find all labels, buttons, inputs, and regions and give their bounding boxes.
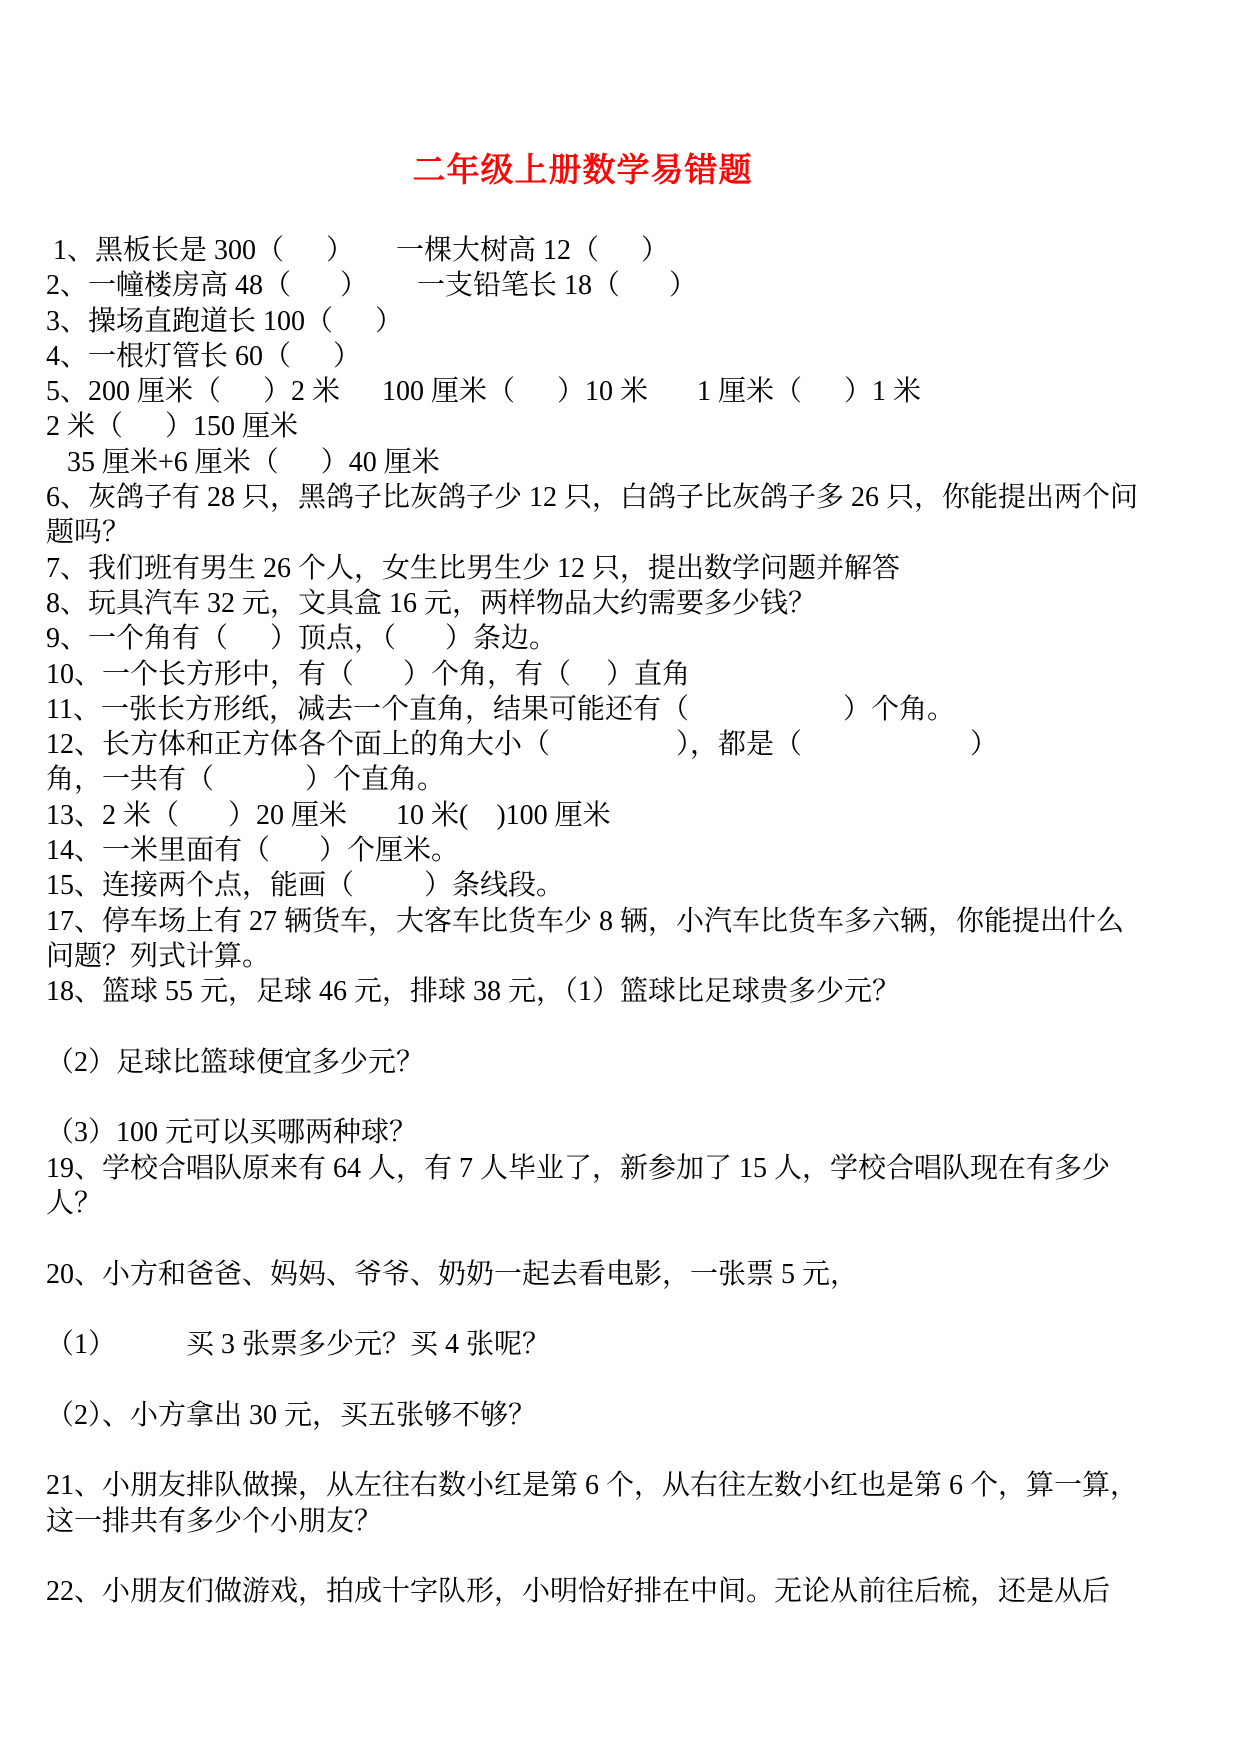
text-line: （2）足球比篮球便宜多少元？ [46,1045,1199,1080]
text-line: 14、一米里面有（ ）个厘米。 [46,833,1199,868]
text-line: 问题？列式计算。 [46,939,1199,974]
text-line: 18、篮球 55 元，足球 46 元，排球 38 元，（1）篮球比足球贵多少元？ [46,974,1199,1009]
text-line: 2 米（ ）150 厘米 [46,409,1199,444]
text-line: 8、玩具汽车 32 元，文具盒 16 元，两样物品大约需要多少钱？ [46,586,1199,621]
text-line: 7、我们班有男生 26 个人，女生比男生少 12 只，提出数学问题并解答 [46,551,1199,586]
text-line: 20、小方和爸爸、妈妈、爷爷、奶奶一起去看电影，一张票 5 元， [46,1257,1199,1292]
text-line: 11、一张长方形纸，减去一个直角，结果可能还有（ ）个角。 [46,692,1199,727]
text-line: 4、一根灯管长 60（ ） [46,339,1199,374]
text-line [46,1363,1199,1398]
text-line: 角，一共有（ ）个直角。 [46,762,1199,797]
text-line: 17、停车场上有 27 辆货车，大客车比货车少 8 辆，小汽车比货车多六辆，你能… [46,904,1199,939]
text-line: 题吗？ [46,515,1199,550]
document-body: 1、黑板长是 300（ ） 一棵大树高 12（ ）2、一幢楼房高 48（ ） 一… [46,233,1199,1610]
text-line: 3、操场直跑道长 100（ ） [46,304,1199,339]
page-title: 二年级上册数学易错题 [46,149,1119,193]
text-line: 22、小朋友们做游戏，拍成十字队形，小明恰好排在中间。无论从前往后梳，还是从后 [46,1574,1199,1609]
text-line [46,1221,1199,1256]
text-line: 2、一幢楼房高 48（ ） 一支铅笔长 18（ ） [46,268,1199,303]
text-line: （1） 买 3 张票多少元？买 4 张呢？ [46,1327,1199,1362]
text-line: 9、一个角有（ ）顶点，（ ）条边。 [46,621,1199,656]
text-line: 1、黑板长是 300（ ） 一棵大树高 12（ ） [46,233,1199,268]
text-line [46,1539,1199,1574]
text-line: 15、连接两个点，能画（ ）条线段。 [46,868,1199,903]
text-line [46,1433,1199,1468]
text-line: 13、2 米（ ）20 厘米 10 米( )100 厘米 [46,798,1199,833]
text-line: 21、小朋友排队做操，从左往右数小红是第 6 个，从右往左数小红也是第 6 个，… [46,1468,1199,1503]
text-line: 19、学校合唱队原来有 64 人，有 7 人毕业了，新参加了 15 人，学校合唱… [46,1151,1199,1186]
worksheet-page: 二年级上册数学易错题 1、黑板长是 300（ ） 一棵大树高 12（ ）2、一幢… [0,0,1241,1754]
text-line: 人？ [46,1186,1199,1221]
text-line: 10、一个长方形中，有（ ）个角，有（ ）直角 [46,657,1199,692]
text-line: 6、灰鸽子有 28 只，黑鸽子比灰鸽子少 12 只，白鸽子比灰鸽子多 26 只，… [46,480,1199,515]
text-line [46,1010,1199,1045]
text-line: 5、200 厘米（ ）2 米 100 厘米（ ）10 米 1 厘米（ ）1 米 [46,374,1199,409]
text-line: 这一排共有多少个小朋友？ [46,1504,1199,1539]
text-line: （2）、小方拿出 30 元，买五张够不够？ [46,1398,1199,1433]
text-line: （3）100 元可以买哪两种球？ [46,1115,1199,1150]
text-line: 35 厘米+6 厘米（ ）40 厘米 [46,445,1199,480]
text-line: 12、长方体和正方体各个面上的角大小（ ），都是（ ） [46,727,1199,762]
text-line [46,1080,1199,1115]
text-line [46,1292,1199,1327]
